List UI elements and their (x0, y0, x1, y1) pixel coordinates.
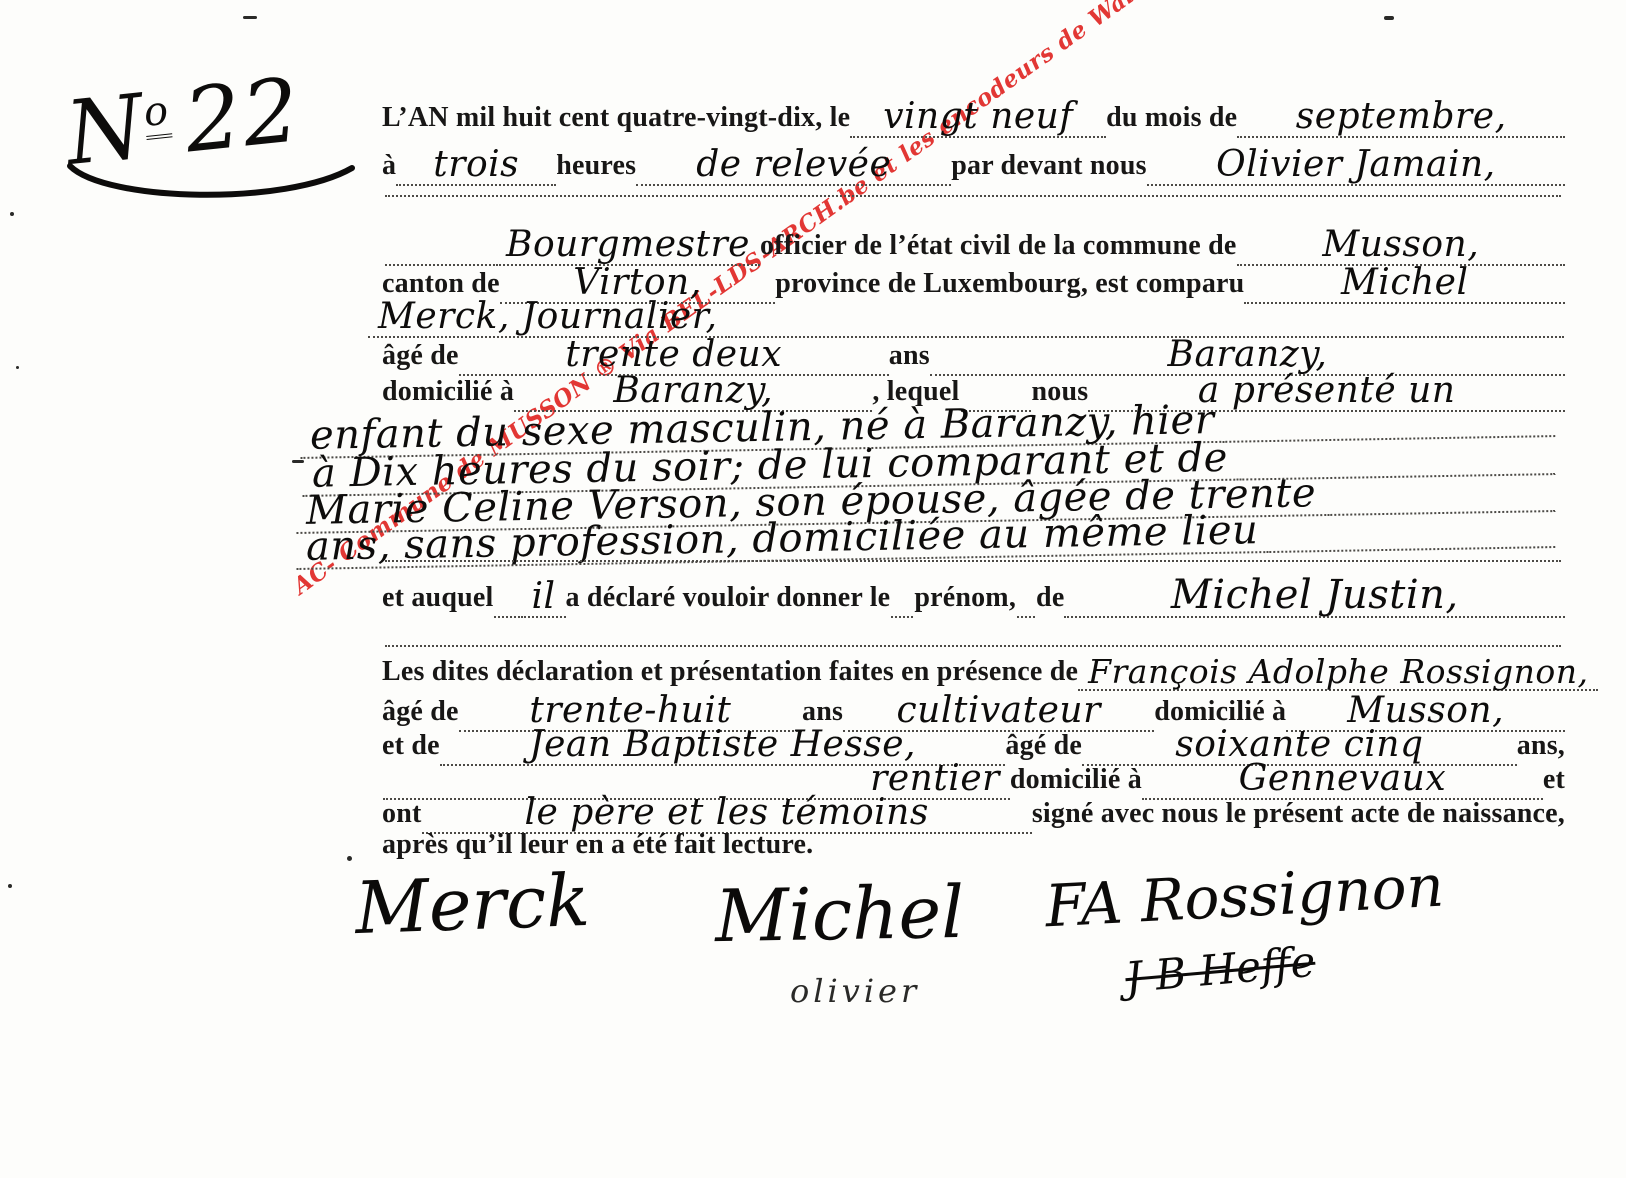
printed-text: âgé de (382, 697, 459, 732)
act-number-ordinal: o (141, 87, 172, 139)
dotted-rule (1270, 541, 1556, 553)
act-number-prefix: N (61, 74, 150, 185)
printed-text: domicilié à (1010, 765, 1142, 800)
signature-registrar-surname: Michel (714, 870, 965, 958)
handwritten-child-names: Michel Justin, (1064, 576, 1565, 618)
signature-witness2: J B Heffe (1123, 937, 1317, 1002)
printed-text: âgé de (1005, 731, 1082, 766)
printed-text: prénom, (914, 583, 1016, 618)
dotted-rule (891, 611, 913, 618)
printed-text: et (1543, 765, 1565, 800)
printed-text: et de (382, 731, 440, 766)
printed-text: L’AN mil huit cent quatre-vingt-dix, le (382, 103, 850, 138)
printed-text: Les dites déclaration et présentation fa… (382, 657, 1078, 692)
printed-text: officier de l’état civil de la commune d… (760, 231, 1237, 266)
scan-speckle (16, 366, 19, 369)
scan-speckle (1384, 16, 1394, 20)
dotted-rule (494, 611, 520, 618)
scan-speckle (243, 16, 257, 19)
printed-text: de (1036, 583, 1064, 618)
act-number-value: 22 (180, 58, 306, 173)
handwritten-commune: Musson, (1237, 228, 1565, 266)
handwritten-hour: trois (396, 148, 556, 186)
printed-text: et auquel (382, 583, 493, 618)
scan-speckle (292, 460, 304, 463)
handwritten-relevee: de relevée (636, 148, 951, 186)
printed-text: du mois de (1106, 103, 1237, 138)
form-line-blank (384, 640, 1562, 647)
form-line-lecture: après qu’il leur en a été fait lecture. (382, 830, 1182, 865)
scan-speckle (8, 884, 12, 888)
handwritten-officer-title: Bourgmestre (496, 228, 760, 266)
handwritten-witness2-domicile: Gennevaux (1142, 762, 1543, 800)
printed-text: ans (889, 341, 930, 376)
form-line-witness-intro: Les dites déclaration et présentation fa… (382, 656, 1565, 691)
dotted-rule (385, 555, 1561, 562)
handwritten-day: vingt neuf (850, 100, 1106, 138)
printed-text: a déclaré vouloir donner le (566, 583, 891, 618)
handwritten-declarant-surname: Merck, Journalier, (368, 300, 727, 338)
signature-registrar-firstname: olivier (790, 972, 920, 1010)
form-line-year: L’AN mil huit cent quatre-vingt-dix, le … (382, 100, 1565, 138)
printed-text: ans, (1517, 731, 1565, 766)
handwritten-month: septembre, (1237, 100, 1565, 138)
printed-text: à (382, 151, 396, 186)
form-line-declarant-surname: Merck, Journalier, (368, 300, 1565, 338)
printed-text: signé avec nous le présent acte de naiss… (1032, 799, 1565, 834)
printed-text: par devant nous (951, 151, 1146, 186)
handwritten-declarant-firstname: Michel (1244, 266, 1565, 304)
scanned-birth-record: AC- Commune de MUSSON ® Via BEL-LDS-ARCH… (0, 0, 1626, 1178)
signature-witness1: FA Rossignon (1043, 852, 1445, 941)
printed-text: âgé de (382, 341, 459, 376)
form-line-blank (384, 555, 1562, 562)
printed-text: heures (556, 151, 636, 186)
form-line-given-names: et auquel il a déclaré vouloir donner le… (382, 576, 1565, 618)
printed-text: après qu’il leur en a été fait lecture. (382, 830, 813, 865)
form-line-hour: à trois heures de relevée par devant nou… (382, 148, 1565, 186)
scan-speckle (10, 212, 14, 216)
signature-father: Merck (354, 858, 591, 950)
dotted-rule (385, 640, 1561, 647)
handwritten-witness1-name: François Adolphe Rossignon, (1078, 656, 1598, 691)
dotted-rule (385, 190, 1561, 197)
form-line-blank (384, 190, 1562, 197)
scan-speckle (347, 856, 352, 861)
handwritten-il: il (521, 580, 565, 618)
act-number: No22 (66, 78, 356, 206)
printed-text: domicilié à (382, 377, 514, 412)
dotted-rule (1017, 611, 1035, 618)
form-line-officer-title: Bourgmestre officier de l’état civil de … (384, 228, 1565, 266)
printed-text: province de Luxembourg, est comparu (775, 269, 1244, 304)
handwritten-officer-name: Olivier Jamain, (1147, 148, 1565, 186)
